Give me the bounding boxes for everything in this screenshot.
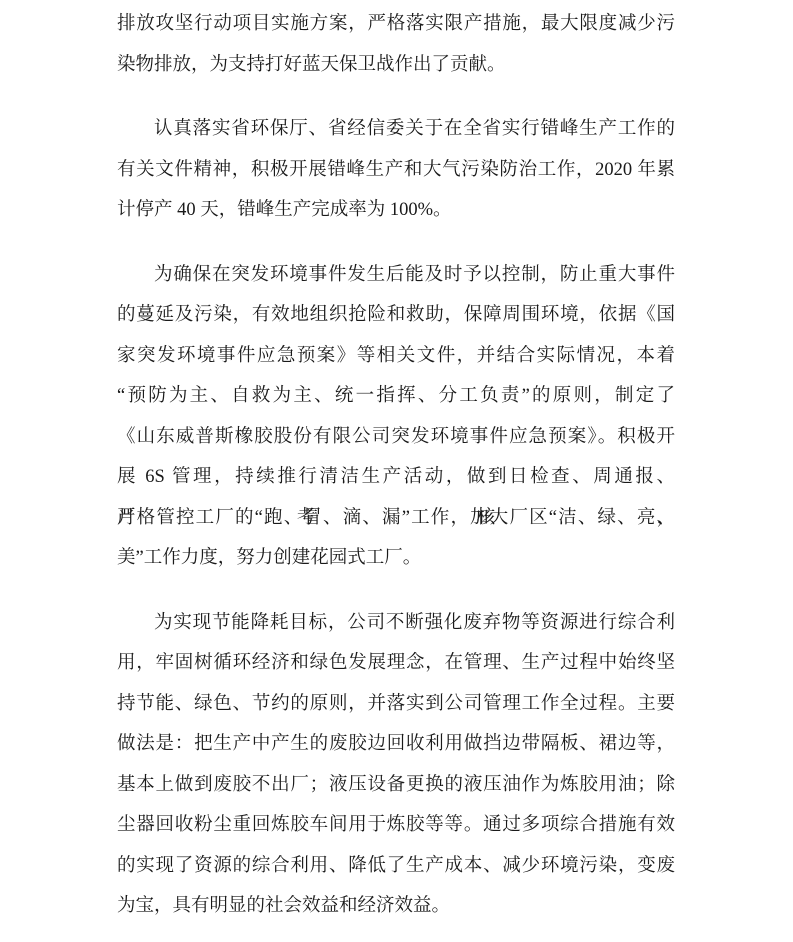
text-line: 展 6S 管理，持续推行清洁生产活动，做到日检查、周通报、月考核， [117, 457, 675, 498]
text-line: 有关文件精神，积极开展错峰生产和大气污染防治工作，2020 年累 [117, 150, 675, 191]
text-line: 严格管控工厂的“跑、冒、滴、漏”工作，加大厂区“洁、绿、亮、 [117, 498, 675, 539]
text-line: 为确保在突发环境事件发生后能及时予以控制，防止重大事件 [117, 255, 675, 296]
text-line: 为宝，具有明显的社会效益和经济效益。 [117, 886, 675, 927]
paragraph: 为确保在突发环境事件发生后能及时予以控制，防止重大事件的蔓延及污染，有效地组织抢… [117, 255, 675, 579]
text-line: 基本上做到废胶不出厂；液压设备更换的液压油作为炼胶用油；除 [117, 765, 675, 806]
text-line: 计停产 40 天，错峰生产完成率为 100%。 [117, 190, 675, 231]
paragraph: 认真落实省环保厅、省经信委关于在全省实行错峰生产工作的有关文件精神，积极开展错峰… [117, 109, 675, 231]
text-line: 美”工作力度，努力创建花园式工厂。 [117, 538, 675, 579]
text-line: 的蔓延及污染，有效地组织抢险和救助，保障周围环境，依据《国 [117, 295, 675, 336]
text-line: “预防为主、自救为主、统一指挥、分工负责”的原则，制定了 [117, 376, 675, 417]
text-line: 的实现了资源的综合利用、降低了生产成本、减少环境污染，变废 [117, 846, 675, 887]
document-page: 排放攻坚行动项目实施方案，严格落实限产措施，最大限度减少污染物排放，为支持打好蓝… [0, 0, 793, 942]
document-body: 排放攻坚行动项目实施方案，严格落实限产措施，最大限度减少污染物排放，为支持打好蓝… [117, 4, 675, 927]
text-line: 《山东威普斯橡胶股份有限公司突发环境事件应急预案》。积极开 [117, 417, 675, 458]
text-line: 尘器回收粉尘重回炼胶车间用于炼胶等等。通过多项综合措施有效 [117, 805, 675, 846]
text-line: 染物排放，为支持打好蓝天保卫战作出了贡献。 [117, 45, 675, 86]
text-line: 排放攻坚行动项目实施方案，严格落实限产措施，最大限度减少污 [117, 4, 675, 45]
paragraph: 排放攻坚行动项目实施方案，严格落实限产措施，最大限度减少污染物排放，为支持打好蓝… [117, 4, 675, 85]
text-line: 做法是：把生产中产生的废胶边回收利用做挡边带隔板、裙边等， [117, 724, 675, 765]
text-line: 认真落实省环保厅、省经信委关于在全省实行错峰生产工作的 [117, 109, 675, 150]
paragraph: 为实现节能降耗目标，公司不断强化废弃物等资源进行综合利用，牢固树循环经济和绿色发… [117, 603, 675, 927]
text-line: 家突发环境事件应急预案》等相关文件，并结合实际情况，本着 [117, 336, 675, 377]
text-line: 为实现节能降耗目标，公司不断强化废弃物等资源进行综合利 [117, 603, 675, 644]
text-line: 用，牢固树循环经济和绿色发展理念，在管理、生产过程中始终坚 [117, 643, 675, 684]
text-line: 持节能、绿色、节约的原则，并落实到公司管理工作全过程。主要 [117, 684, 675, 725]
